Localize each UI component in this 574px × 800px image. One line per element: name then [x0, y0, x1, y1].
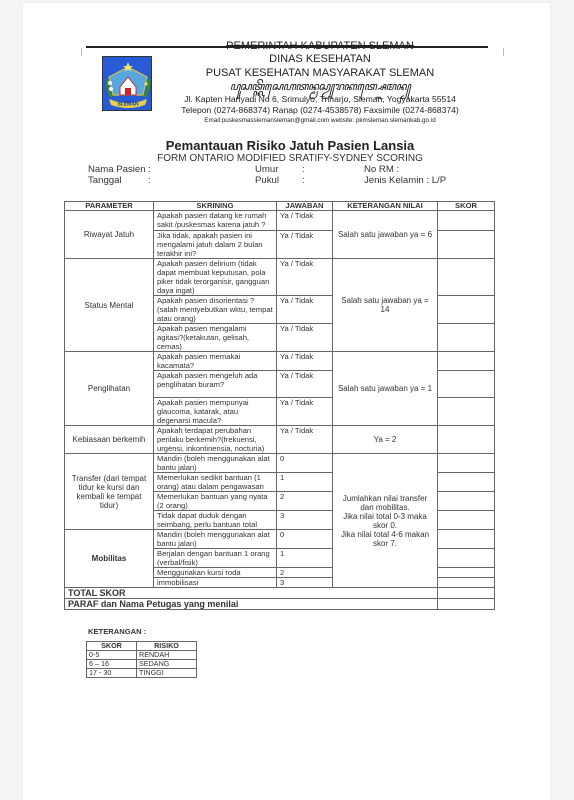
gender-label: Jenis Kelamin : L/P [364, 175, 446, 186]
skor-cell[interactable] [438, 398, 495, 426]
skor-cell[interactable] [438, 211, 495, 231]
skrining-cell: Apakah pasien disorientasi ?(salah menty… [154, 296, 277, 324]
letterhead-department: DINAS KESEHATAN [150, 53, 490, 66]
jawaban-cell[interactable]: 0 [277, 454, 333, 473]
jawaban-cell[interactable]: 0 [277, 530, 333, 549]
skrining-cell: Jika tidak, apakah pasien ini mengalami … [154, 231, 277, 259]
total-score-label: TOTAL SKOR [65, 588, 438, 599]
total-score-row: TOTAL SKOR [65, 588, 495, 599]
skor-cell[interactable] [438, 549, 495, 568]
parameter-riwayat-jatuh: Riwayat Jatuh [65, 211, 154, 259]
jawaban-cell[interactable]: Ya / Tidak [277, 352, 333, 371]
skor-cell[interactable] [438, 492, 495, 511]
skor-cell[interactable] [438, 324, 495, 352]
skor-cell[interactable] [438, 454, 495, 473]
header-skor: SKOR [438, 202, 495, 211]
parameter-transfer: Transfer (dari tempat tidur ke kursi dan… [65, 454, 154, 530]
skor-cell[interactable] [438, 371, 495, 398]
skrining-cell: Apakah pasien mengeluh ada penglihatan b… [154, 371, 277, 398]
skor-cell[interactable] [438, 296, 495, 324]
header-parameter: PARAMETER [65, 202, 154, 211]
keterangan-line: Jumlahkan nilai transfer dan mobilitas. [336, 494, 434, 512]
skrining-cell: Apakah pasien delirium (tidak dapat memb… [154, 259, 277, 296]
skrining-cell: Apakah pasien datang ke rumah sakit /pus… [154, 211, 277, 231]
legend-row: 17 - 30 TINGGI [87, 669, 197, 678]
skrining-cell: Menggunakan kursi roda [154, 568, 277, 578]
patient-name-colon: : [148, 164, 151, 175]
letterhead: PEMERINTAH KABUPATEN SLEMAN DINAS KESEHA… [150, 40, 490, 125]
total-score-cell[interactable] [438, 588, 495, 599]
signature-label: PARAF dan Nama Petugas yang menilai [65, 599, 438, 610]
keterangan-cell: Salah satu jawaban ya = 1 [333, 352, 438, 426]
keterangan-cell: Salah satu jawaban ya = 14 [333, 259, 438, 352]
keterangan-cell: Salah satu jawaban ya = 6 [333, 211, 438, 259]
jawaban-cell[interactable]: Ya / Tidak [277, 426, 333, 454]
parameter-penglihatan: Penglihatan [65, 352, 154, 426]
letterhead-email-website: Email:puskesmasslemansleman@gmail.com we… [150, 116, 490, 125]
skrining-cell: Apakah pasien mempunyai glaucoma, katara… [154, 398, 277, 426]
jawaban-cell[interactable]: Ya / Tidak [277, 259, 333, 296]
letterhead-government: PEMERINTAH KABUPATEN SLEMAN [150, 40, 490, 53]
date-colon: : [148, 175, 151, 186]
jawaban-cell[interactable]: 3 [277, 511, 333, 530]
skrining-cell: Memerlukan sedikit bantuan (1 orang) ata… [154, 473, 277, 492]
skor-cell[interactable] [438, 473, 495, 492]
jawaban-cell[interactable]: 2 [277, 492, 333, 511]
jawaban-cell[interactable]: Ya / Tidak [277, 324, 333, 352]
skor-cell[interactable] [438, 530, 495, 549]
legend-skor: 17 - 30 [87, 669, 137, 678]
age-colon: : [302, 164, 305, 175]
skrining-cell: Mandiri (boleh menggunakan alat bantu ja… [154, 530, 277, 549]
time-colon: : [302, 175, 305, 186]
letterhead-phone: Telepon (0274-868374) Ranap (0274-453857… [150, 105, 490, 116]
sleman-logo-icon: SLEMAN [102, 56, 152, 111]
keterangan-cell: Ya = 2 [333, 426, 438, 454]
crop-mark-right [503, 48, 504, 56]
letterhead-address: Jl. Kapten Hariyadi No 6, Srimulyo, Trih… [150, 94, 490, 105]
skor-cell[interactable] [438, 426, 495, 454]
jawaban-cell[interactable]: Ya / Tidak [277, 296, 333, 324]
time-label: Pukul [255, 175, 279, 186]
skrining-cell: Apakah terdapat perubahan perilaku berke… [154, 426, 277, 454]
skor-cell[interactable] [438, 568, 495, 578]
table-row: Status Mental Apakah pasien delirium (ti… [65, 259, 495, 296]
signature-cell[interactable] [438, 599, 495, 610]
risk-legend-table: SKOR RISIKO 0-5 RENDAH 6 – 16 SEDANG 17 … [86, 641, 197, 678]
svg-text:SLEMAN: SLEMAN [117, 102, 139, 108]
table-row: Transfer (dari tempat tidur ke kursi dan… [65, 454, 495, 473]
skor-cell[interactable] [438, 352, 495, 371]
jawaban-cell[interactable]: Ya / Tidak [277, 231, 333, 259]
keterangan-line: Jika nilai total 4-6 makan skor 7. [336, 530, 434, 548]
letterhead-institution: PUSAT KESEHATAN MASYARAKAT SLEMAN [150, 66, 490, 80]
skrining-cell: Tidak dapat duduk dengan seimbang, perlu… [154, 511, 277, 530]
skrining-cell: Apakah pasien memakai kacamata? [154, 352, 277, 371]
age-label: Umur [255, 164, 278, 175]
header-keterangan: KETERANGAN NILAI [333, 202, 438, 211]
jawaban-cell[interactable]: 1 [277, 549, 333, 568]
legend-title: KETERANGAN : [88, 627, 146, 636]
skor-cell[interactable] [438, 259, 495, 296]
skor-cell[interactable] [438, 231, 495, 259]
date-label: Tanggal [88, 175, 122, 186]
table-row: Kebiasaan berkemih Apakah terdapat perub… [65, 426, 495, 454]
crop-mark-left [81, 48, 82, 56]
skrining-cell: Mandiri (boleh menggunakan alat bantu ja… [154, 454, 277, 473]
parameter-kebiasaan-berkemih: Kebiasaan berkemih [65, 426, 154, 454]
signature-row: PARAF dan Nama Petugas yang menilai [65, 599, 495, 610]
jawaban-cell[interactable]: 3 [277, 578, 333, 588]
header-skrining: SKRINING [154, 202, 277, 211]
header-jawaban: JAWABAN [277, 202, 333, 211]
skor-cell[interactable] [438, 511, 495, 530]
form-title: Pemantauan Risiko Jatuh Pasien Lansia [60, 138, 520, 153]
skrining-cell: Berjalan dengan bantuan 1 orang (verbal/… [154, 549, 277, 568]
table-header-row: PARAMETER SKRINING JAWABAN KETERANGAN NI… [65, 202, 495, 211]
jawaban-cell[interactable]: Ya / Tidak [277, 371, 333, 398]
parameter-mobilitas: Mobilitas [65, 530, 154, 588]
fall-risk-table: PARAMETER SKRINING JAWABAN KETERANGAN NI… [64, 201, 495, 610]
letterhead-javanese-script: ꦥꦸꦱꦠ꧀ꦏꦼꦱꦺꦲꦠꦤ꧀ꦩꦱꦾꦫꦏꦠ꧀ꦱ꧀ꦭꦺꦩꦤ꧀ [150, 80, 490, 94]
jawaban-cell[interactable]: 1 [277, 473, 333, 492]
jawaban-cell[interactable]: Ya / Tidak [277, 211, 333, 231]
medical-record-label: No RM : [364, 164, 399, 175]
jawaban-cell[interactable]: Ya / Tidak [277, 398, 333, 426]
patient-name-label: Nama Pasien [88, 164, 146, 175]
skrining-cell: Memerlukan bantuan yang nyata (2 orang) [154, 492, 277, 511]
skrining-cell: Apakah pasien mengalami agitasi?(ketakut… [154, 324, 277, 352]
legend-risiko: TINGGI [137, 669, 197, 678]
keterangan-line: Jika nilai total 0-3 maka skor 0. [336, 512, 434, 530]
skrining-cell: immobilisasi [154, 578, 277, 588]
table-row: Riwayat Jatuh Apakah pasien datang ke ru… [65, 211, 495, 231]
jawaban-cell[interactable]: 2 [277, 568, 333, 578]
table-row: Penglihatan Apakah pasien memakai kacama… [65, 352, 495, 371]
skor-cell[interactable] [438, 578, 495, 588]
keterangan-transfer-mobilitas: Jumlahkan nilai transfer dan mobilitas.J… [333, 454, 438, 588]
form-subtitle: FORM ONTARIO MODIFIED SRATIFY-SYDNEY SCO… [60, 153, 520, 164]
parameter-status-mental: Status Mental [65, 259, 154, 352]
